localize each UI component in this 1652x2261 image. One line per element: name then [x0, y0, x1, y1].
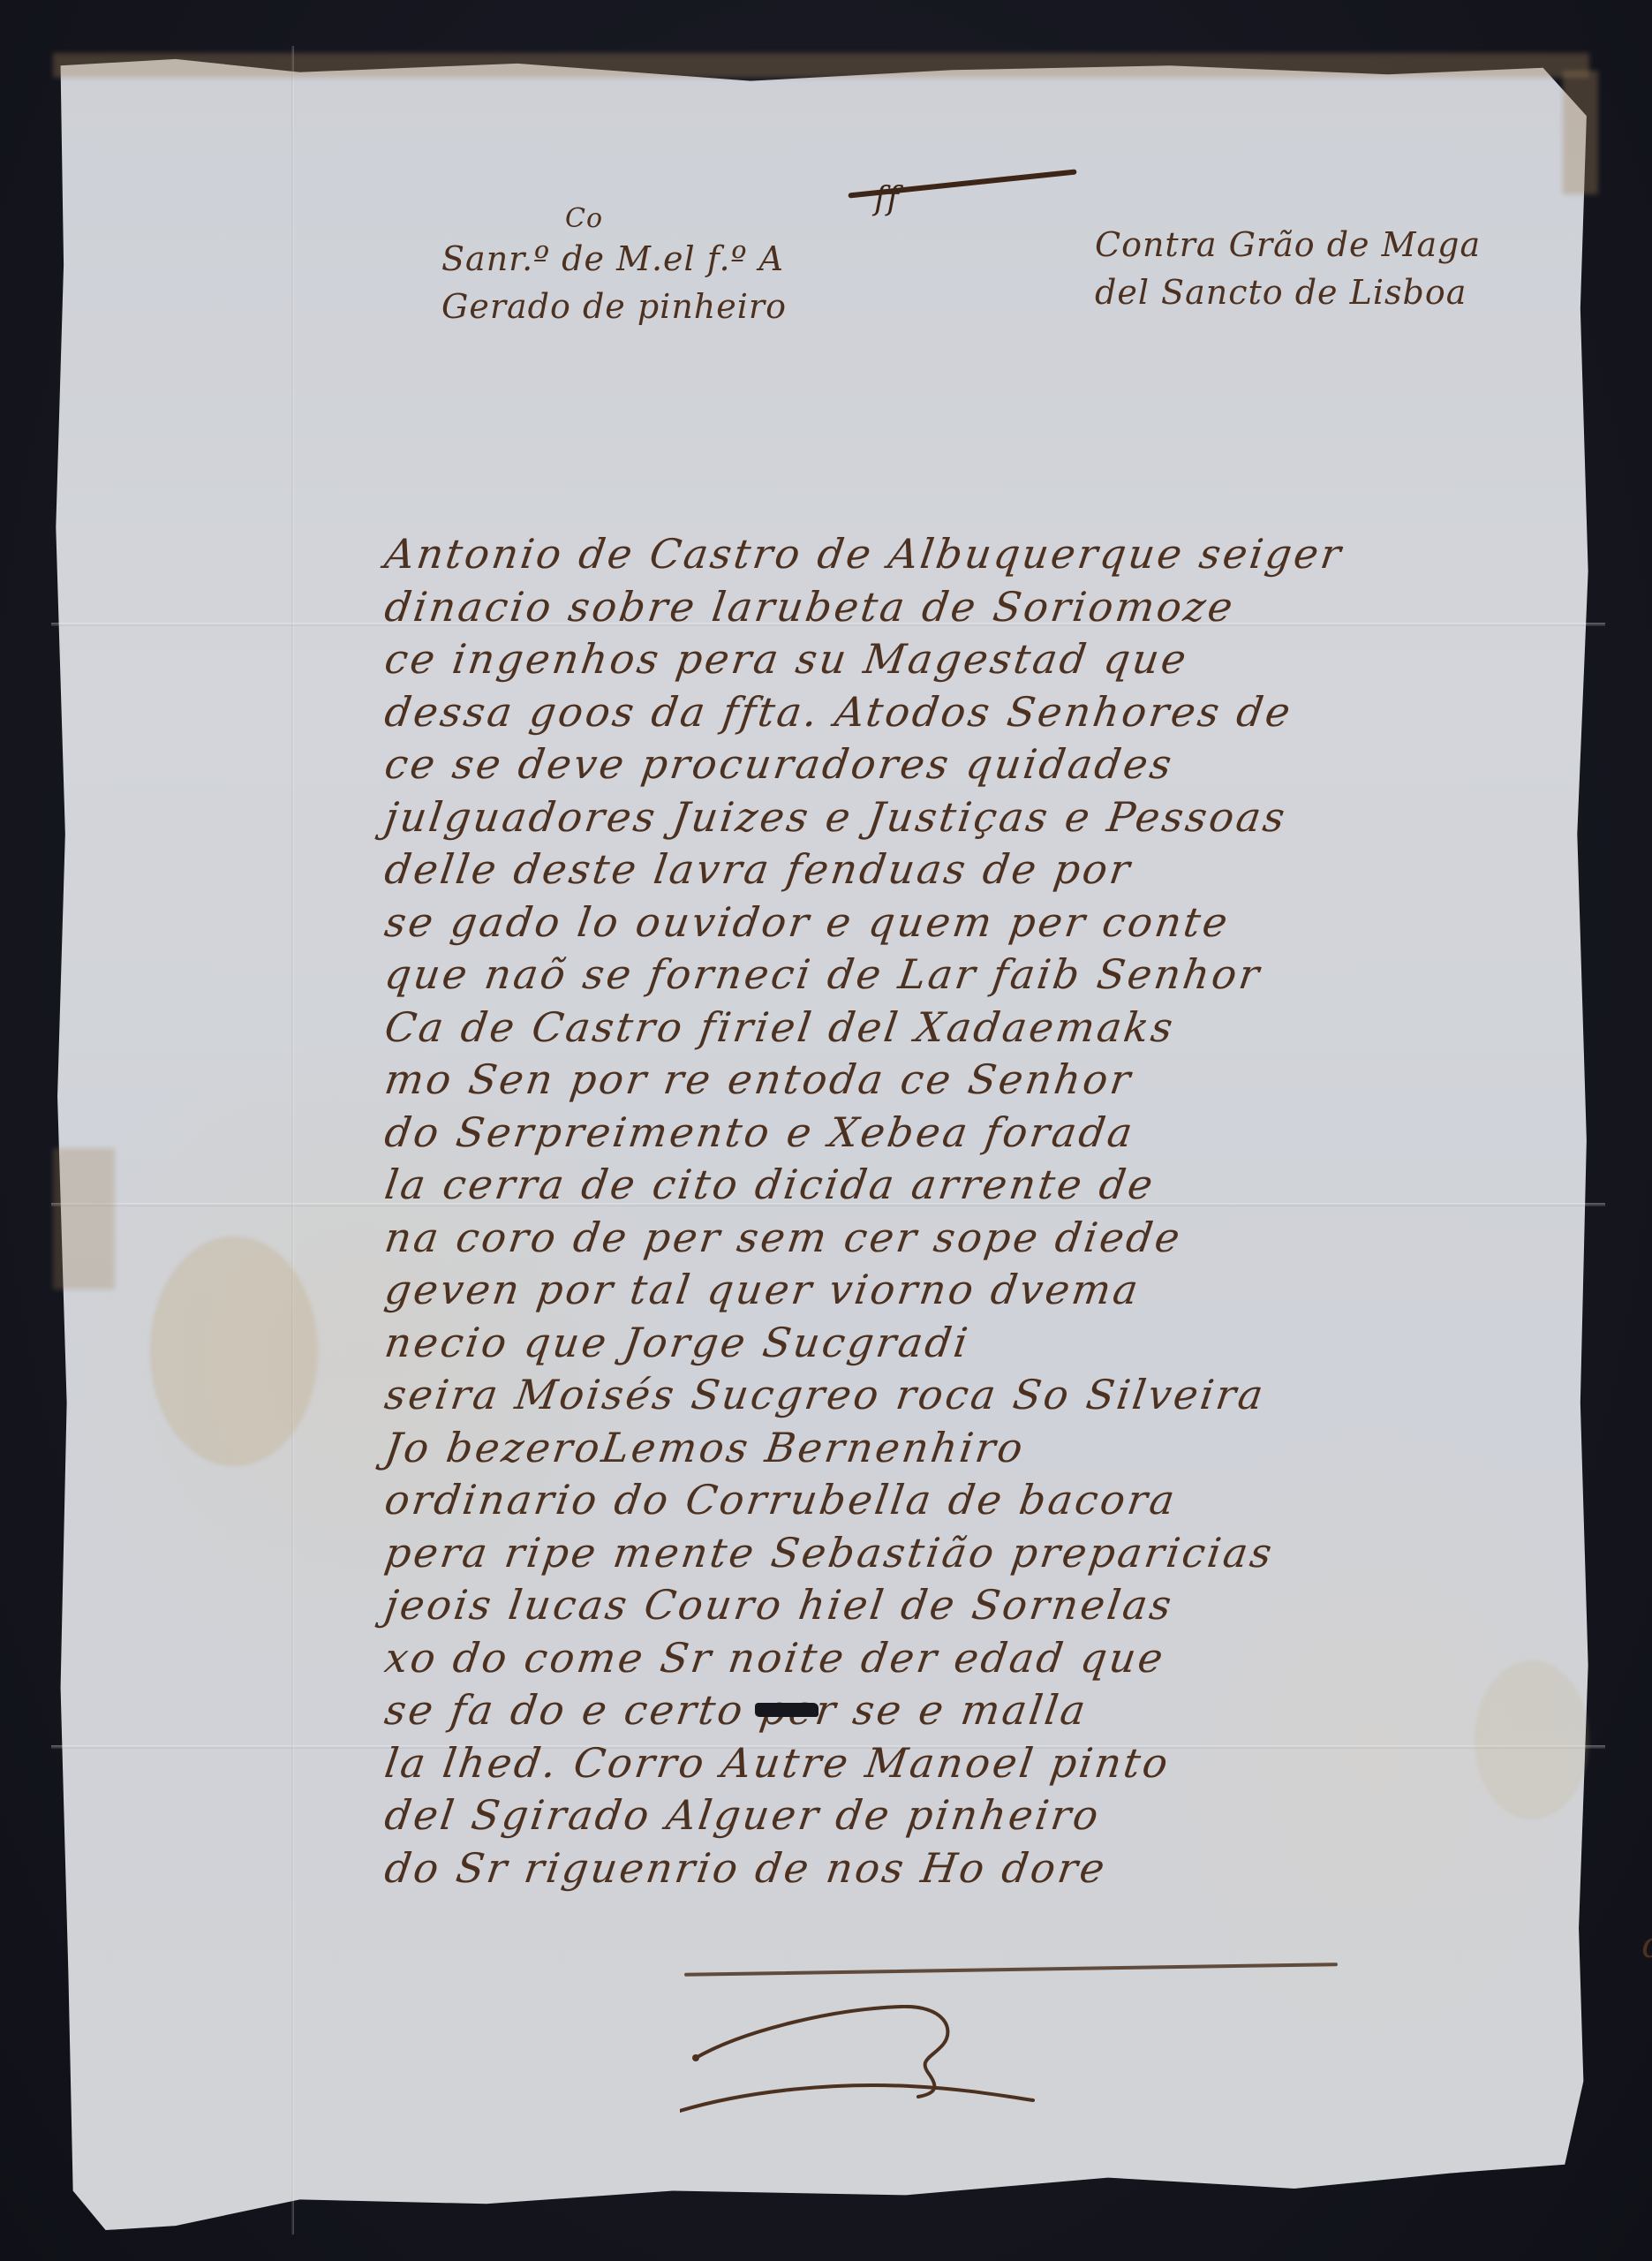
body-line: julguadores Juizes e Justiças e Pessoas	[381, 791, 1346, 844]
body-line: ce se deve procuradores quidades	[381, 738, 1346, 791]
body-line: Ca de Castro firiel del Xadaemaks	[381, 1002, 1346, 1055]
header-right-annotation: Contra Grão de Maga del Sancto de Lisboa	[1095, 221, 1481, 316]
body-line: do Serpreimento e Xebea forada	[381, 1107, 1346, 1160]
body-line: xo do come Sr noite der edad que	[381, 1632, 1346, 1685]
body-line: dessa goos da ffta. Atodos Senhores de	[381, 686, 1346, 739]
aged-edge	[1563, 71, 1598, 194]
aged-edge	[53, 1148, 115, 1289]
manuscript-body: Antonio de Castro de Albuquerque seiger …	[381, 528, 1339, 1894]
body-line: dinacio sobre larubeta de Soriomoze	[381, 581, 1346, 634]
body-line: mo Sen por re entoda ce Senhor	[381, 1054, 1346, 1107]
header-right-line2: del Sancto de Lisboa	[1095, 268, 1481, 316]
body-line: la lhed. Corro Autre Manoel pinto	[381, 1737, 1346, 1790]
body-line: la cerra de cito dicida arrente de	[381, 1159, 1346, 1212]
body-line: delle deste lavra fenduas de por	[381, 843, 1346, 896]
fold-line	[291, 46, 294, 2235]
header-right-line1: Contra Grão de Maga	[1095, 221, 1481, 268]
body-line: ce ingenhos pera su Magestad que	[381, 633, 1346, 686]
body-line: Jo bezeroLemos Bernenhiro	[381, 1422, 1346, 1475]
struck-mark: ff	[874, 181, 900, 217]
body-line-tail: dlbe	[1642, 1925, 1652, 1966]
header-left-line2: Gerado de pinheiro	[441, 283, 787, 330]
body-line: geven por tal quer viorno dvema	[381, 1264, 1346, 1317]
ink-blot	[755, 1703, 818, 1717]
body-line: que naõ se forneci de Lar faib Senhor	[381, 949, 1346, 1002]
signature-rubric-icon	[680, 2005, 1051, 2129]
body-line: pera ripe mente Sebastião preparicias	[381, 1527, 1346, 1580]
body-line: ordinario do Corrubella de bacora	[381, 1474, 1346, 1527]
body-line: seira Moisés Sucgreo roca So Silveira	[381, 1369, 1346, 1422]
aged-edge	[53, 53, 1589, 78]
body-line: jeois lucas Couro hiel de Sornelas	[381, 1579, 1346, 1632]
body-line: se gado lo ouvidor e quem per conte	[381, 896, 1346, 949]
body-line: se fa do e certo per se e malla	[381, 1684, 1346, 1737]
body-line: necio que Jorge Sucgradi	[381, 1317, 1346, 1370]
body-line: do Sr riguenrio de nos Ho dore	[381, 1842, 1346, 1895]
header-left-annotation: Co Sanr.º de M.el f.º A Gerado de pinhei…	[441, 203, 787, 330]
header-left-line1: Sanr.º de M.el f.º A	[441, 235, 787, 283]
header-left-superscript: Co	[565, 203, 787, 235]
body-line: del Sgirado Alguer de pinheiro	[381, 1789, 1346, 1842]
water-stain	[150, 1236, 318, 1466]
body-line: Antonio de Castro de Albuquerque seiger	[381, 528, 1346, 581]
water-stain	[1475, 1660, 1589, 1819]
body-line: na coro de per sem cer sope diede	[381, 1212, 1346, 1265]
